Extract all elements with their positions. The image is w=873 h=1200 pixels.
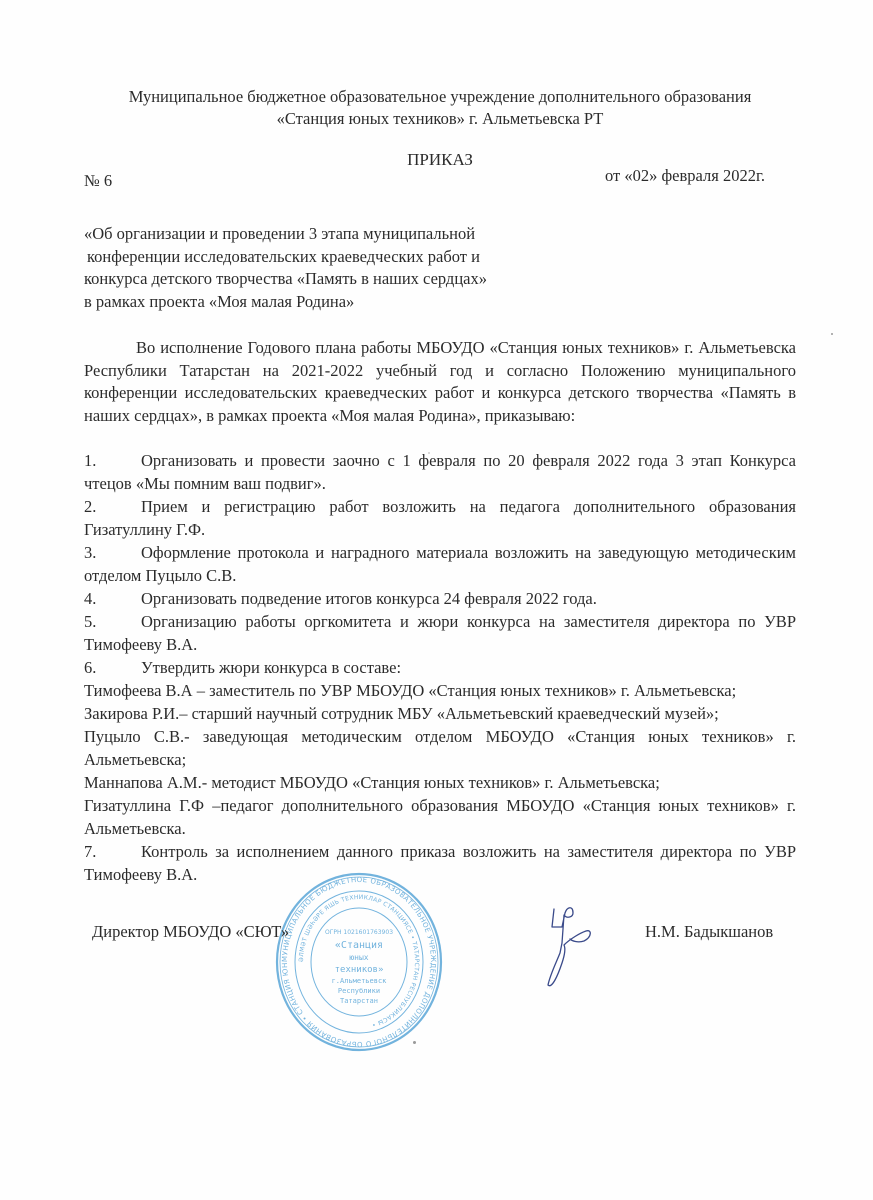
- scan-speck: [831, 333, 833, 335]
- stamp-icon: МУНИЦИПАЛЬНОЕ БЮДЖЕТНОЕ ОБРАЗОВАТЕЛЬНОЕ …: [274, 872, 444, 1052]
- signature-block: Директор МБОУДО «СЮТ» Н.М. Бадыкшанов: [84, 922, 796, 952]
- order-date: от «02» февраля 2022г.: [605, 166, 765, 186]
- director-name: Н.М. Бадыкшанов: [645, 922, 773, 942]
- svg-text:юных: юных: [349, 953, 368, 962]
- item-number: 6.: [84, 656, 141, 679]
- jury-member: Закирова Р.И.– старший научный сотрудник…: [84, 702, 796, 725]
- order-items-list: 1.Организовать и провести заочно с 1 фев…: [84, 449, 796, 886]
- document-page: Муниципальное бюджетное образовательное …: [0, 0, 873, 1200]
- item-text: Организовать и провести заочно с 1 февра…: [84, 451, 796, 493]
- scan-speck: [247, 782, 250, 785]
- official-stamp: МУНИЦИПАЛЬНОЕ БЮДЖЕТНОЕ ОБРАЗОВАТЕЛЬНОЕ …: [274, 872, 444, 1052]
- subject-line: конференции исследовательских краеведчес…: [84, 246, 524, 269]
- order-number: № 6: [84, 171, 112, 191]
- jury-member: Пуцыло С.В.- заведующая методическим отд…: [84, 725, 796, 771]
- order-item: 3.Оформление протокола и наградного мате…: [84, 541, 796, 587]
- item-number: 1.: [84, 449, 141, 472]
- order-subject: «Об организации и проведении 3 этапа мун…: [84, 223, 524, 313]
- director-position: Директор МБОУДО «СЮТ»: [92, 922, 289, 942]
- svg-text:Республики: Республики: [338, 987, 380, 995]
- item-text: Утвердить жюри конкурса в составе:: [141, 658, 401, 677]
- scan-speck: [413, 1041, 416, 1044]
- item-text: Организовать подведение итогов конкурса …: [141, 589, 597, 608]
- item-text: Прием и регистрацию работ возложить на п…: [84, 497, 796, 539]
- jury-member: Маннапова А.М.- методист МБОУДО «Станция…: [84, 771, 796, 794]
- organization-line-1: Муниципальное бюджетное образовательное …: [80, 86, 800, 108]
- svg-text:г.Альметьевск: г.Альметьевск: [332, 977, 388, 985]
- order-item: 4.Организовать подведение итогов конкурс…: [84, 587, 796, 610]
- item-text: Организацию работы оргкомитета и жюри ко…: [84, 612, 796, 654]
- order-item: 6.Утвердить жюри конкурса в составе:: [84, 656, 796, 679]
- item-number: 7.: [84, 840, 141, 863]
- item-text: Оформление протокола и наградного матери…: [84, 543, 796, 585]
- scan-speck: [428, 452, 430, 454]
- item-number: 5.: [84, 610, 141, 633]
- preamble-text: Во исполнение Годового плана работы МБОУ…: [84, 338, 796, 425]
- subject-line: конкурса детского творчества «Память в н…: [84, 268, 524, 291]
- order-item: 5.Организацию работы оргкомитета и жюри …: [84, 610, 796, 656]
- jury-member: Тимофеева В.А – заместитель по УВР МБОУД…: [84, 679, 796, 702]
- item-number: 2.: [84, 495, 141, 518]
- svg-text:техников»: техников»: [335, 965, 384, 975]
- organization-header: Муниципальное бюджетное образовательное …: [80, 86, 800, 130]
- svg-text:Татарстан: Татарстан: [340, 997, 378, 1005]
- item-number: 4.: [84, 587, 141, 610]
- subject-line: «Об организации и проведении 3 этапа мун…: [84, 223, 524, 246]
- order-item: 2.Прием и регистрацию работ возложить на…: [84, 495, 796, 541]
- organization-line-2: «Станция юных техников» г. Альметьевска …: [80, 108, 800, 130]
- preamble-paragraph: Во исполнение Годового плана работы МБОУ…: [84, 337, 796, 427]
- subject-line: в рамках проекта «Моя малая Родина»: [84, 291, 524, 314]
- jury-member: Гизатуллина Г.Ф –педагог дополнительного…: [84, 794, 796, 840]
- item-number: 3.: [84, 541, 141, 564]
- order-item: 1.Организовать и провести заочно с 1 фев…: [84, 449, 796, 495]
